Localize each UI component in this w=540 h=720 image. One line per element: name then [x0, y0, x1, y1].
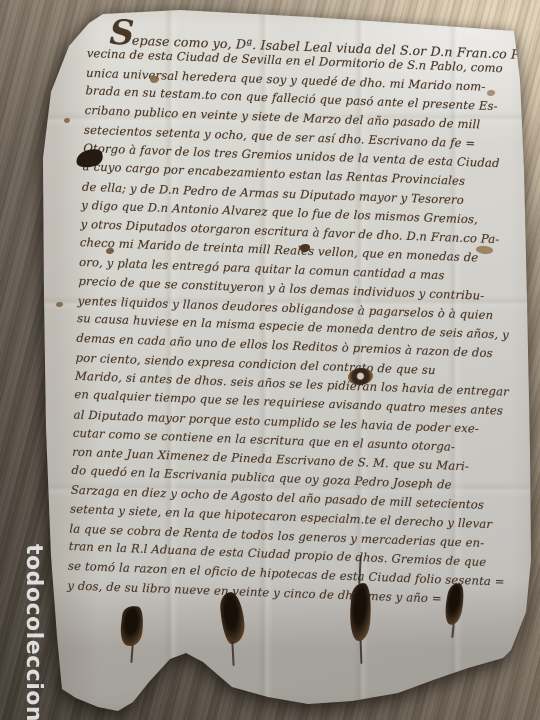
- paper-tear-crack: [451, 624, 454, 638]
- paper-tear-crack: [130, 645, 133, 663]
- foxing-stain: [56, 302, 63, 307]
- paper-tear-crack: [231, 642, 234, 666]
- watermark-text: todocoleccion: [21, 544, 46, 720]
- photo-of-manuscript: Sepase como yo, Dª. Isabel Leal viuda de…: [0, 0, 540, 720]
- paper-tear-crack: [360, 640, 363, 664]
- paper-shadow: Sepase como yo, Dª. Isabel Leal viuda de…: [0, 0, 540, 720]
- manuscript-text-block: Sepase como yo, Dª. Isabel Leal viuda de…: [67, 22, 526, 611]
- paper-hole: [119, 605, 146, 647]
- foxing-stain: [64, 118, 70, 123]
- manuscript-paper: Sepase como yo, Dª. Isabel Leal viuda de…: [0, 0, 540, 720]
